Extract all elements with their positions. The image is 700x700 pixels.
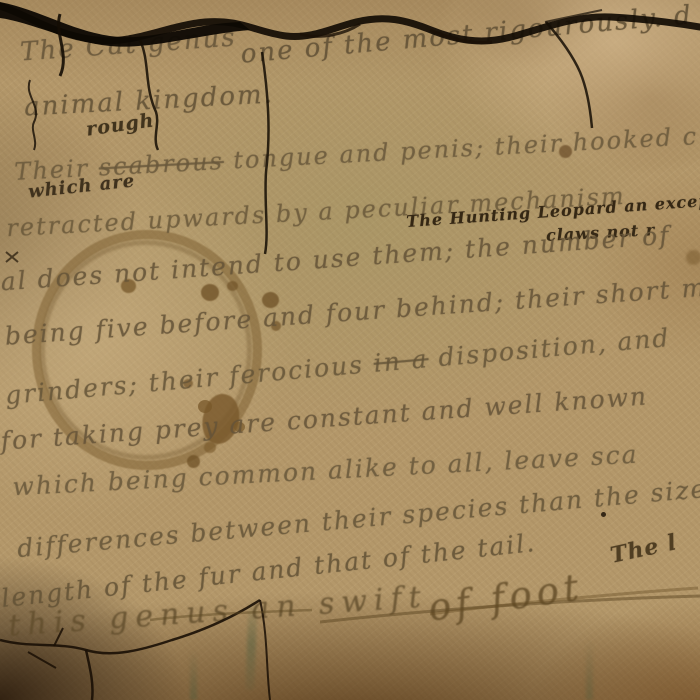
- manuscript-line: one of the most rigourously. d: [240, 0, 694, 69]
- line-text: disposition, and: [427, 323, 671, 373]
- ink-splatter: [201, 284, 219, 301]
- green-smear: [190, 650, 197, 700]
- manuscript-line: The Cat genus: [19, 22, 237, 67]
- line-text: tongue and penis; their hooked c: [223, 122, 699, 175]
- aged-manuscript-page: The Cat genus one of the most rigourousl…: [0, 0, 700, 700]
- line-text: grinders; their ferocious: [4, 349, 375, 410]
- line-end-fragment: The l: [608, 529, 679, 568]
- struck-word: in a: [372, 344, 429, 378]
- ink-splatter: [204, 442, 216, 453]
- ink-splatter: [686, 250, 700, 265]
- caret-mark: [6, 252, 18, 262]
- bottom-crack-branch-down: [86, 650, 93, 700]
- ink-splatter: [227, 281, 238, 291]
- green-smear: [586, 640, 593, 700]
- fly-speck: [601, 512, 606, 517]
- faded-bottom-line-large: of foot: [426, 565, 586, 629]
